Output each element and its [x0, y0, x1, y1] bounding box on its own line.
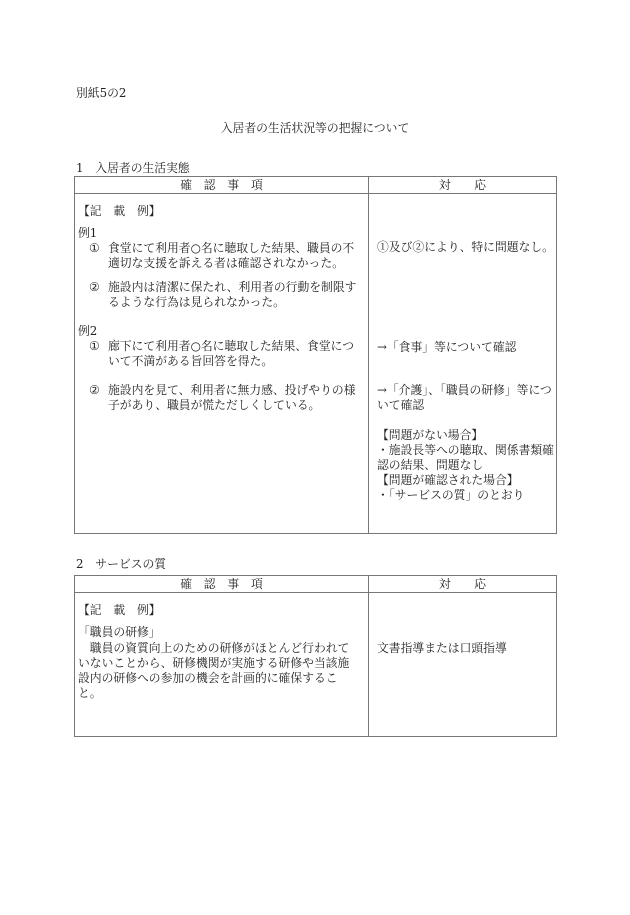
item-marker: ①	[78, 339, 108, 369]
no-problem-bullet: ・施設長等への聴取、関係書類確認の結果、問題なし	[377, 443, 557, 473]
item-text: 施設内を見て、利用者に無力感、投げやりの様子があり、職員が慌ただしくしている。	[108, 383, 360, 413]
doc-label: 別紙5の2	[76, 86, 126, 101]
section1-table-header: 確 認 事 項 対 応	[75, 177, 556, 194]
response-example1: ①及び②により、特に問題なし。	[377, 240, 557, 255]
column-header-response: 対 応	[369, 576, 556, 592]
example2-label: 例2	[78, 324, 360, 339]
section1-checks-cell: 【記 載 例】 例1 ① 食堂にて利用者○名に聴取した結果、職員の不適切な支援を…	[75, 194, 369, 533]
section2-checks-cell: 【記 載 例】 「職員の研修」 職員の資質向上のための研修がほとんど行われていな…	[75, 593, 369, 736]
example1-label: 例1	[78, 226, 360, 241]
example2-item-2: ② 施設内を見て、利用者に無力感、投げやりの様子があり、職員が慌ただしくしている…	[78, 383, 360, 413]
response-guidance: 文書指導または口頭指導	[377, 641, 557, 656]
item-marker: ②	[78, 383, 108, 413]
problem-found-heading: 【問題が確認された場合】	[377, 473, 557, 488]
section1-table-body: 【記 載 例】 例1 ① 食堂にて利用者○名に聴取した結果、職員の不適切な支援を…	[75, 194, 556, 533]
item-marker: ①	[78, 241, 108, 271]
note-label: 【記 載 例】	[78, 204, 360, 219]
example1-item-2: ② 施設内は清潔に保たれ、利用者の行動を制限するような行為は見られなかった。	[78, 280, 360, 310]
note-label: 【記 載 例】	[78, 603, 360, 618]
problem-found-bullet: ・「サービスの質」のとおり	[377, 488, 557, 503]
item-text: 施設内は清潔に保たれ、利用者の行動を制限するような行為は見られなかった。	[108, 280, 360, 310]
section2-table-header: 確 認 事 項 対 応	[75, 576, 556, 593]
response-no-problem: 【問題がない場合】 ・施設長等への聴取、関係書類確認の結果、問題なし	[377, 428, 557, 473]
section2-table-body: 【記 載 例】 「職員の研修」 職員の資質向上のための研修がほとんど行われていな…	[75, 593, 556, 736]
section1-heading: 1 入居者の生活実態	[76, 161, 190, 176]
response-example2-item2: →「介護」、「職員の研修」等について確認	[377, 383, 557, 413]
page-title: 入居者の生活状況等の把握について	[0, 121, 630, 136]
document-page: 別紙5の2 入居者の生活状況等の把握について 1 入居者の生活実態 確 認 事 …	[0, 0, 630, 915]
response-example2-item1: →「食事」等について確認	[377, 340, 557, 355]
column-header-checks: 確 認 事 項	[75, 576, 369, 592]
example2-item-1: ① 廊下にて利用者○名に聴取した結果、食堂について不満がある旨回答を得た。	[78, 339, 360, 369]
item-body: 職員の資質向上のための研修がほとんど行われていないことから、研修機関が実施する研…	[78, 641, 360, 701]
section2-table: 確 認 事 項 対 応 【記 載 例】 「職員の研修」 職員の資質向上のための研…	[74, 575, 557, 737]
example1-item-1: ① 食堂にて利用者○名に聴取した結果、職員の不適切な支援を訴える者は確認されなか…	[78, 241, 360, 271]
item-text: 廊下にて利用者○名に聴取した結果、食堂について不満がある旨回答を得た。	[108, 339, 360, 369]
section2-heading: 2 サービスの質	[76, 557, 166, 572]
column-header-checks: 確 認 事 項	[75, 177, 369, 193]
response-problem-found: 【問題が確認された場合】 ・「サービスの質」のとおり	[377, 473, 557, 503]
column-header-response: 対 応	[369, 177, 556, 193]
item-text: 食堂にて利用者○名に聴取した結果、職員の不適切な支援を訴える者は確認されなかった…	[108, 241, 360, 271]
no-problem-heading: 【問題がない場合】	[377, 428, 557, 443]
item-title: 「職員の研修」	[78, 625, 360, 640]
item-marker: ②	[78, 280, 108, 310]
section1-table: 確 認 事 項 対 応 【記 載 例】 例1 ① 食堂にて利用者○名に聴取した結…	[74, 176, 557, 534]
